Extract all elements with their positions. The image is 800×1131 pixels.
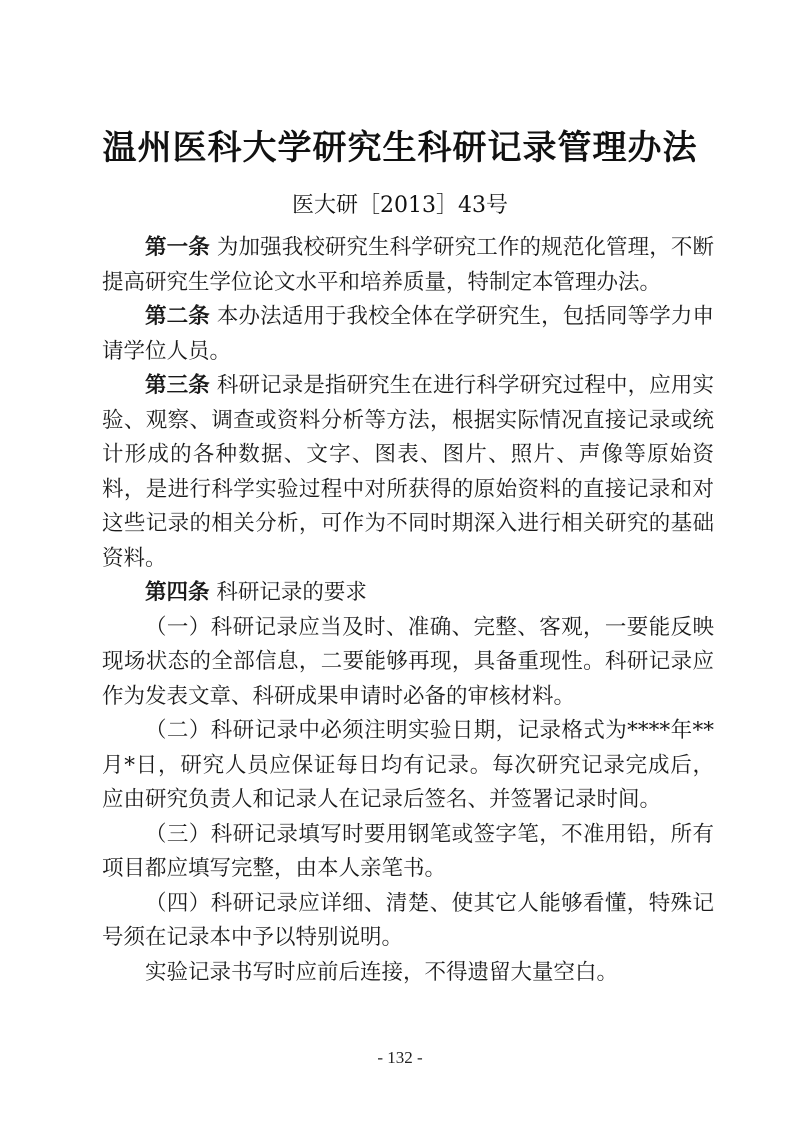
clause-2: （二）科研记录中必须注明实验日期，记录格式为****年**月*日，研究人员应保证… <box>102 714 714 818</box>
article-4: 第四条 科研记录的要求 <box>102 576 714 611</box>
clause-note: 实验记录书写时应前后连接，不得遗留大量空白。 <box>102 956 714 991</box>
clause-text: （四）科研记录应详细、清楚、使其它人能够看懂，特殊记号须在记录本中予以特别说明。 <box>102 891 714 951</box>
article-text: 科研记录的要求 <box>210 580 367 605</box>
clause-3: （三）科研记录填写时要用钢笔或签字笔，不准用铅，所有项目都应填写完整，由本人亲笔… <box>102 818 714 887</box>
clause-text: （一）科研记录应当及时、准确、完整、客观，一要能反映现场状态的全部信息，二要能够… <box>102 615 714 709</box>
article-label: 第三条 <box>145 373 210 398</box>
article-3: 第三条 科研记录是指研究生在进行科学研究过程中，应用实验、观察、调查或资料分析等… <box>102 369 714 576</box>
document-body: 第一条 为加强我校研究生科学研究工作的规范化管理，不断提高研究生学位论文水平和培… <box>102 231 714 990</box>
article-label: 第二条 <box>145 304 210 329</box>
page-number: - 132 - <box>0 1048 800 1068</box>
document-page: 温州医科大学研究生科研记录管理办法 医大研［2013］43号 第一条 为加强我校… <box>0 0 800 1131</box>
clause-4: （四）科研记录应详细、清楚、使其它人能够看懂，特殊记号须在记录本中予以特别说明。 <box>102 887 714 956</box>
article-text: 科研记录是指研究生在进行科学研究过程中，应用实验、观察、调查或资料分析等方法，根… <box>102 373 714 571</box>
article-1: 第一条 为加强我校研究生科学研究工作的规范化管理，不断提高研究生学位论文水平和培… <box>102 231 714 300</box>
article-label: 第四条 <box>145 580 210 605</box>
clause-text: （二）科研记录中必须注明实验日期，记录格式为****年**月*日，研究人员应保证… <box>102 718 714 812</box>
document-title: 温州医科大学研究生科研记录管理办法 <box>0 120 800 169</box>
clause-text: （三）科研记录填写时要用钢笔或签字笔，不准用铅，所有项目都应填写完整，由本人亲笔… <box>102 822 714 882</box>
article-2: 第二条 本办法适用于我校全体在学研究生，包括同等学力申请学位人员。 <box>102 300 714 369</box>
clause-1: （一）科研记录应当及时、准确、完整、客观，一要能反映现场状态的全部信息，二要能够… <box>102 611 714 715</box>
document-number: 医大研［2013］43号 <box>0 188 800 219</box>
article-label: 第一条 <box>145 235 210 260</box>
clause-text: 实验记录书写时应前后连接，不得遗留大量空白。 <box>145 960 618 985</box>
